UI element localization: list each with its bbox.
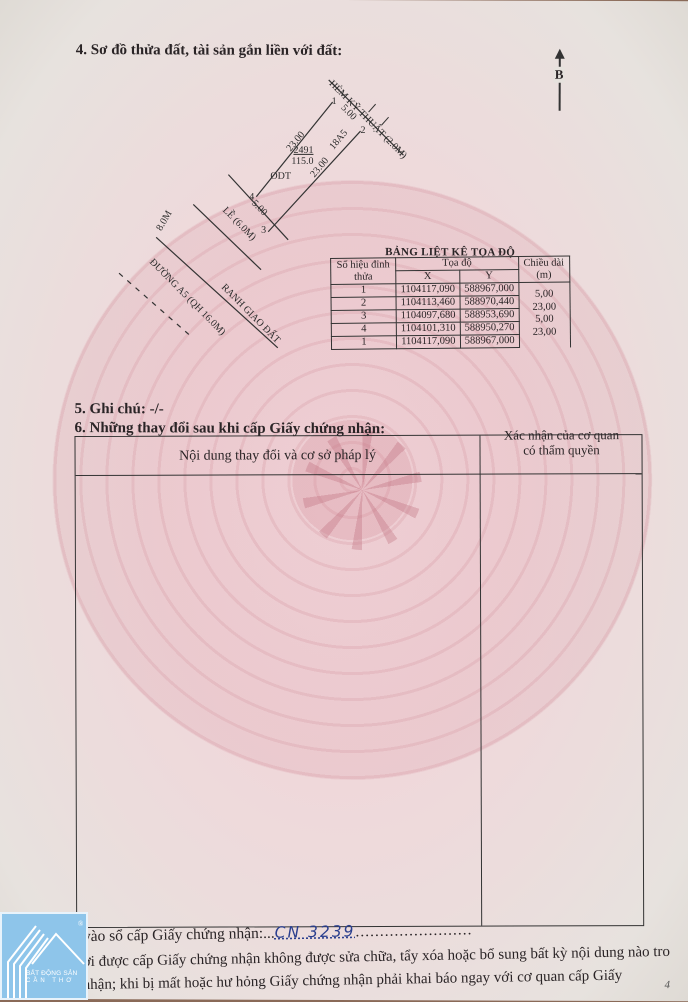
length-value: 23,00 [523, 301, 565, 314]
vertex-2-label: 2 [361, 125, 366, 136]
alley-label: HẺM KỸ THUẬT (2.0M) [327, 78, 410, 161]
x-cell: 1104117,090 [396, 283, 460, 297]
y-cell: 588967,000 [460, 282, 519, 296]
coords-header: Tọa độ [396, 256, 519, 270]
vertex-cell: 1 [331, 284, 396, 298]
length-header: Chiều dài (m) [518, 256, 569, 283]
register-label: vào sổ cấp Giấy chứng nhận:... [83, 925, 275, 945]
changes-content-column [75, 436, 482, 927]
registered-mark: ® [78, 920, 83, 928]
vertex-cell: 2 [331, 297, 396, 311]
x-header: X [396, 270, 460, 284]
vertex-1-label: 1 [332, 96, 337, 107]
y-header: Y [459, 269, 518, 283]
y-cell: 588967,000 [460, 334, 519, 348]
confirmation-header-line2: có thẩm quyền [482, 442, 642, 458]
handwritten-register-number: CN 3239 [275, 922, 356, 941]
parcel-number: 2491 [293, 145, 313, 156]
x-cell: 1104101,310 [396, 322, 460, 336]
section-5-notes: 5. Ghi chú: -/- [75, 401, 164, 418]
road-width-label: 8.0M [154, 209, 174, 233]
logo-line-1: BẤT ĐỘNG SẢN [26, 970, 77, 977]
x-cell: 1104117,090 [396, 335, 460, 349]
lengths-cell: 5,00 23,00 5,00 23,00 [518, 282, 570, 348]
road-label: ĐƯỜNG A5 (QH 16.0M) [147, 256, 228, 338]
changes-confirmation-header: Xác nhận của cơ quan có thẩm quyền [481, 427, 641, 458]
boundary-label: RANH GIAO ĐẤT [219, 281, 284, 346]
logo-line-2: CẦN THƠ [26, 978, 74, 984]
length-value: 23,00 [523, 326, 565, 339]
notice-line-1: ời được cấp Giấy chứng nhận không được s… [83, 944, 670, 971]
confirmation-header-line1: Xác nhận của cơ quan [481, 427, 641, 443]
land-use-code: ODT [270, 171, 291, 182]
table-row: 1 1104117,090 588967,000 5,00 23,00 5,00… [331, 282, 570, 297]
x-cell: 1104113,460 [396, 296, 460, 310]
parcel-area: 115.0 [291, 156, 313, 167]
notice-line-2: nhận; khi bị mất hoặc hư hỏng Giấy chứng… [83, 968, 623, 994]
y-cell: 588950,270 [460, 321, 519, 335]
changes-content-header: Nội dung thay đổi và cơ sở pháp lý [76, 448, 480, 465]
changes-table: Nội dung thay đổi và cơ sở pháp lý Xác n… [74, 434, 644, 928]
coordinate-table: Số hiệu đỉnh thửa Tọa độ Chiều dài (m) X… [330, 255, 571, 350]
y-cell: 588953,690 [460, 308, 519, 322]
vertex-cell: 3 [331, 310, 396, 324]
bat-dong-san-can-tho-logo: ® BẤT ĐỘNG SẢN CẦN THƠ [0, 912, 88, 1000]
length-value: 5,00 [523, 313, 565, 326]
neighbor-label: 18A5 [327, 128, 350, 152]
house-logo-icon [2, 914, 90, 1000]
vertex-3-label: 3 [261, 225, 266, 236]
register-dots: ........................ [355, 921, 472, 940]
vertex-cell: 4 [331, 323, 396, 337]
length-value: 5,00 [523, 288, 565, 301]
vertex-cell: 1 [331, 336, 396, 350]
certificate-page: 4. Sơ đồ thửa đất, tài sản gắn liền với … [0, 0, 688, 1000]
vertex-header: Số hiệu đỉnh thửa [331, 258, 396, 285]
page-mark: 4 [665, 979, 671, 991]
x-cell: 1104097,680 [396, 309, 460, 323]
y-cell: 588970,440 [460, 295, 519, 309]
